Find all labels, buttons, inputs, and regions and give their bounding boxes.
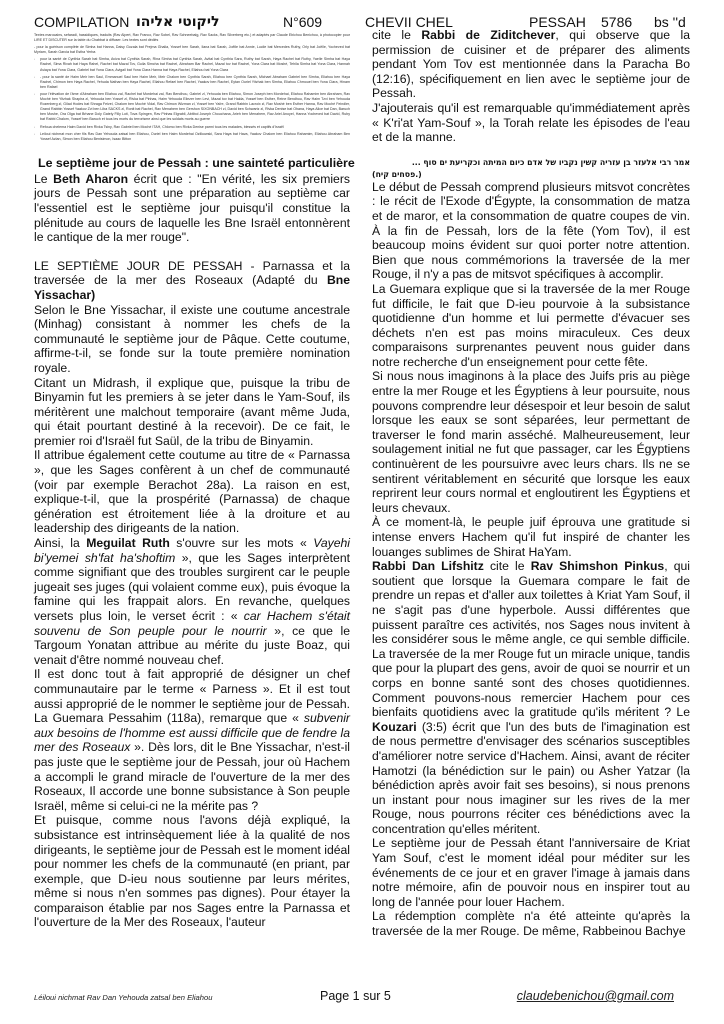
page-footer: Léiloui nichmat Rav Dan Yehouda zatsal b… bbox=[34, 989, 694, 1009]
paragraph: À ce moment-là, le peuple juif éprouva u… bbox=[372, 515, 690, 559]
email-link[interactable]: claudebenichou@gmail.com bbox=[517, 989, 674, 1003]
footer-dedication: Léiloui nichmat Rav Dan Yehouda zatsal b… bbox=[34, 993, 212, 1002]
ruth-paragraph: Ainsi, la Meguilat Ruth s'ouvre sur les … bbox=[34, 536, 350, 667]
paragraph: Selon le Bne Yissachar, il existe une co… bbox=[34, 303, 350, 376]
right-column: cite le Rabbi de Ziditchever, qui observ… bbox=[372, 28, 690, 939]
paragraph: Si nous nous imaginons à la place des Ju… bbox=[372, 369, 690, 515]
paragraph: Il attribue également cette coutume au t… bbox=[34, 448, 350, 536]
paragraph: J'ajouterais qu'il est remarquable qu'im… bbox=[372, 101, 690, 145]
paragraph: Le septième jour de Pessah étant l'anniv… bbox=[372, 836, 690, 909]
dedication-health-2: - pour la santé de Haim Meir ben Saul, E… bbox=[34, 75, 350, 90]
dedication-refoua: Refoua chelema Haim David ben Rivka Tsin… bbox=[34, 125, 350, 130]
ziditchever-paragraph: cite le Rabbi de Ziditchever, qui observ… bbox=[372, 28, 690, 101]
dedication-elevation: pour l'élévation de l'âme d'Abraham ben … bbox=[34, 92, 350, 123]
paragraph: La Guemara explique que si la traversée … bbox=[372, 282, 690, 370]
compilation-label: COMPILATION bbox=[34, 14, 129, 30]
beth-aharon: Beth Aharon bbox=[53, 172, 128, 186]
hebrew-reference: (פסחים קיח.) bbox=[372, 169, 690, 180]
section-title: Le septième jour de Pessah : une saintet… bbox=[38, 156, 350, 171]
paragraph: Et puisque, comme nous l'avons déjà expl… bbox=[34, 813, 350, 930]
paragraph: Le début de Pessah comprend plusieurs mi… bbox=[372, 180, 690, 282]
parness-paragraph: Il est donc tout à fait approprié de dés… bbox=[34, 667, 350, 813]
dedication-healing: - pour la guérison complète de Simha bat… bbox=[34, 45, 350, 55]
article-heading: LE SEPTIÈME JOUR DE PESSAH - Parnassa et… bbox=[34, 259, 350, 303]
hebrew-quote: אמר רבי אלעזר בן עזריה קשין נקביו של אדם… bbox=[372, 157, 690, 169]
hebrew-title: ליקוטי אליהו bbox=[136, 14, 219, 30]
dedication-health-1: pour la santé de Cynthia Sarah bat Simha… bbox=[34, 57, 350, 72]
dedication-leiloui: Leiloui nichmat mon cher fils Rav Dan Ye… bbox=[34, 132, 350, 142]
pinkus-paragraph: Rabbi Dan Lifshitz cite le Rav Shimshon … bbox=[372, 559, 690, 836]
paragraph: La rédemption complète n'a été atteinte … bbox=[372, 909, 690, 938]
issue-number: N°609 bbox=[283, 14, 322, 30]
intro-paragraph: Le Beth Aharon écrit que : "En vérité, l… bbox=[34, 172, 350, 245]
dedication-intro: Textes marocains, sefaradi, hassidiques,… bbox=[34, 33, 350, 43]
paragraph: Citant un Midrash, il explique que, puis… bbox=[34, 376, 350, 449]
page-number: Page 1 sur 5 bbox=[320, 989, 391, 1003]
left-column: Textes marocains, sefaradi, hassidiques,… bbox=[34, 33, 350, 930]
